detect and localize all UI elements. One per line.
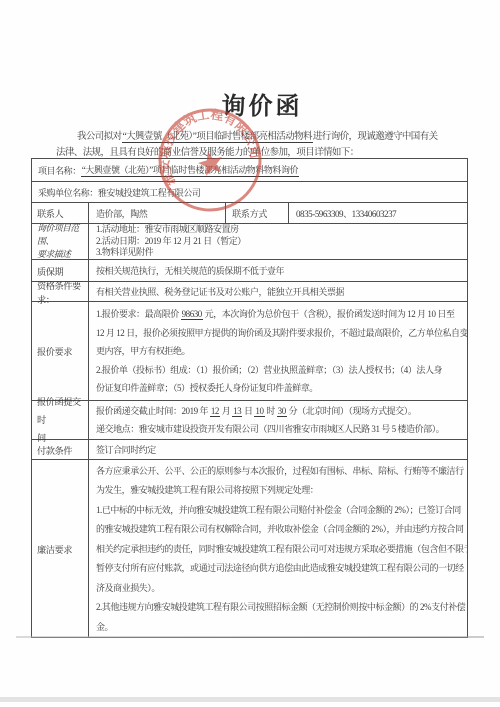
- submission-value: 报价函递交截止时间：2019 年 12 月 13 日 10 时 30 分（北京时…: [89, 401, 467, 439]
- table-row-submission: 报价函提交时 间 报价函递交截止时间：2019 年 12 月 13 日 10 时…: [32, 400, 467, 439]
- page-title: 询价函: [0, 86, 500, 121]
- warranty-text: 按相关规范执行，无相关规范的质保期不低于壹年: [96, 264, 467, 277]
- intro-text-suffix: 进行询价，现诚邀遵守中国有关: [313, 132, 438, 142]
- qualification-value: 有相关营业执照、税务登记证书及对公账户，能独立开具相关票据: [89, 282, 467, 301]
- scope-label: 询价项目范围、 要求描述: [32, 224, 89, 259]
- table-bottom-shadow: [16, 636, 484, 638]
- table-row-contact: 联系人 造价部，陶然 联系方式 0835-5963309、13340603237: [32, 202, 467, 223]
- contact-method-value: 0835-5963309、13340603237: [289, 203, 467, 223]
- table-row-qualification: 资格条件要求： 有相关营业执照、税务登记证书及对公账户，能独立开具相关票据: [32, 281, 467, 301]
- table-row-purchaser: 采购单位名称：雅安城投建筑工程有限公司: [32, 181, 467, 202]
- table-row-warranty: 质保期 按相关规范执行，无相关规范的质保期不低于壹年: [32, 259, 467, 281]
- payment-text: 签订合同时约定: [96, 443, 467, 456]
- quotation-value: 1.报价要求：最高限价 98630 元，本次询价为总价包干（含税），报价函发送时…: [89, 302, 467, 400]
- purchaser-label: 采购单位名称：: [38, 186, 98, 199]
- table-row-integrity: 廉洁要求 各方应秉承公开、公平、公正的原则参与本次报价，过程如有围标、串标、陪标…: [32, 459, 467, 637]
- project-name-value: “大興壹號（北苑）”项目临时售楼部亮相活动物料物料询价: [81, 163, 299, 177]
- scope-label-line1: 询价项目范围、: [37, 222, 88, 248]
- intro-line-1: 我公司拟对“大興壹號（北苑）”项目临时售楼部亮相活动物料进行询价，现诚邀遵守中国…: [56, 129, 468, 145]
- table-row-project: 项目名称：“大興壹號（北苑）”项目临时售楼部亮相活动物料物料询价: [32, 159, 467, 181]
- payment-value: 签订合同时约定: [89, 440, 467, 459]
- intro-paragraph: 我公司拟对“大興壹號（北苑）”项目临时售楼部亮相活动物料进行询价，现诚邀遵守中国…: [56, 129, 468, 161]
- intro-text: 我公司拟对: [77, 132, 122, 142]
- project-name-underlined: “大興壹號（北苑）”项目临时售楼部亮相活动物料: [122, 132, 313, 143]
- purchaser-value: 雅安城投建筑工程有限公司: [98, 186, 201, 199]
- scope-value: 1.活动地址：雅安市雨城区顺路安置房2.活动日期：2019 年 12 月 21 …: [89, 224, 467, 259]
- page-edge-shadow: [0, 697, 500, 702]
- submission-label: 报价函提交时 间: [32, 401, 89, 439]
- purchaser-cell: 采购单位名称：雅安城投建筑工程有限公司: [32, 182, 467, 202]
- contact-value: 造价部，陶然: [89, 203, 226, 223]
- integrity-value: 各方应秉承公开、公平、公正的原则参与本次报价，过程如有围标、串标、陪标、行贿等不…: [89, 460, 467, 637]
- qualification-text: 有相关营业执照、税务登记证书及对公账户，能独立开具相关票据: [96, 285, 467, 298]
- table-row-quotation: 报价要求 1.报价要求：最高限价 98630 元，本次询价为总价包干（含税），报…: [32, 301, 467, 400]
- contact-method-label: 联系方式: [226, 203, 289, 223]
- warranty-value: 按相关规范执行，无相关规范的质保期不低于壹年: [89, 260, 467, 281]
- table-row-payment: 付款条件 签订合同时约定: [32, 439, 467, 459]
- project-name-cell: 项目名称：“大興壹號（北苑）”项目临时售楼部亮相活动物料物料询价: [32, 159, 467, 181]
- document-page: 询价函 我公司拟对“大興壹號（北苑）”项目临时售楼部亮相活动物料进行询价，现诚邀…: [0, 0, 500, 707]
- qualification-label: 资格条件要求：: [32, 282, 89, 301]
- inquiry-table: 项目名称：“大興壹號（北苑）”项目临时售楼部亮相活动物料物料询价 采购单位名称：…: [31, 158, 468, 638]
- contact-label: 联系人: [32, 203, 89, 223]
- payment-label: 付款条件: [32, 440, 89, 459]
- integrity-label: 廉洁要求: [32, 460, 89, 637]
- table-row-scope: 询价项目范围、 要求描述 1.活动地址：雅安市雨城区顺路安置房2.活动日期：20…: [32, 223, 467, 259]
- quotation-label: 报价要求: [32, 302, 89, 400]
- submission-label-line1: 报价函提交时: [37, 393, 88, 429]
- project-name-label: 项目名称：: [38, 164, 81, 177]
